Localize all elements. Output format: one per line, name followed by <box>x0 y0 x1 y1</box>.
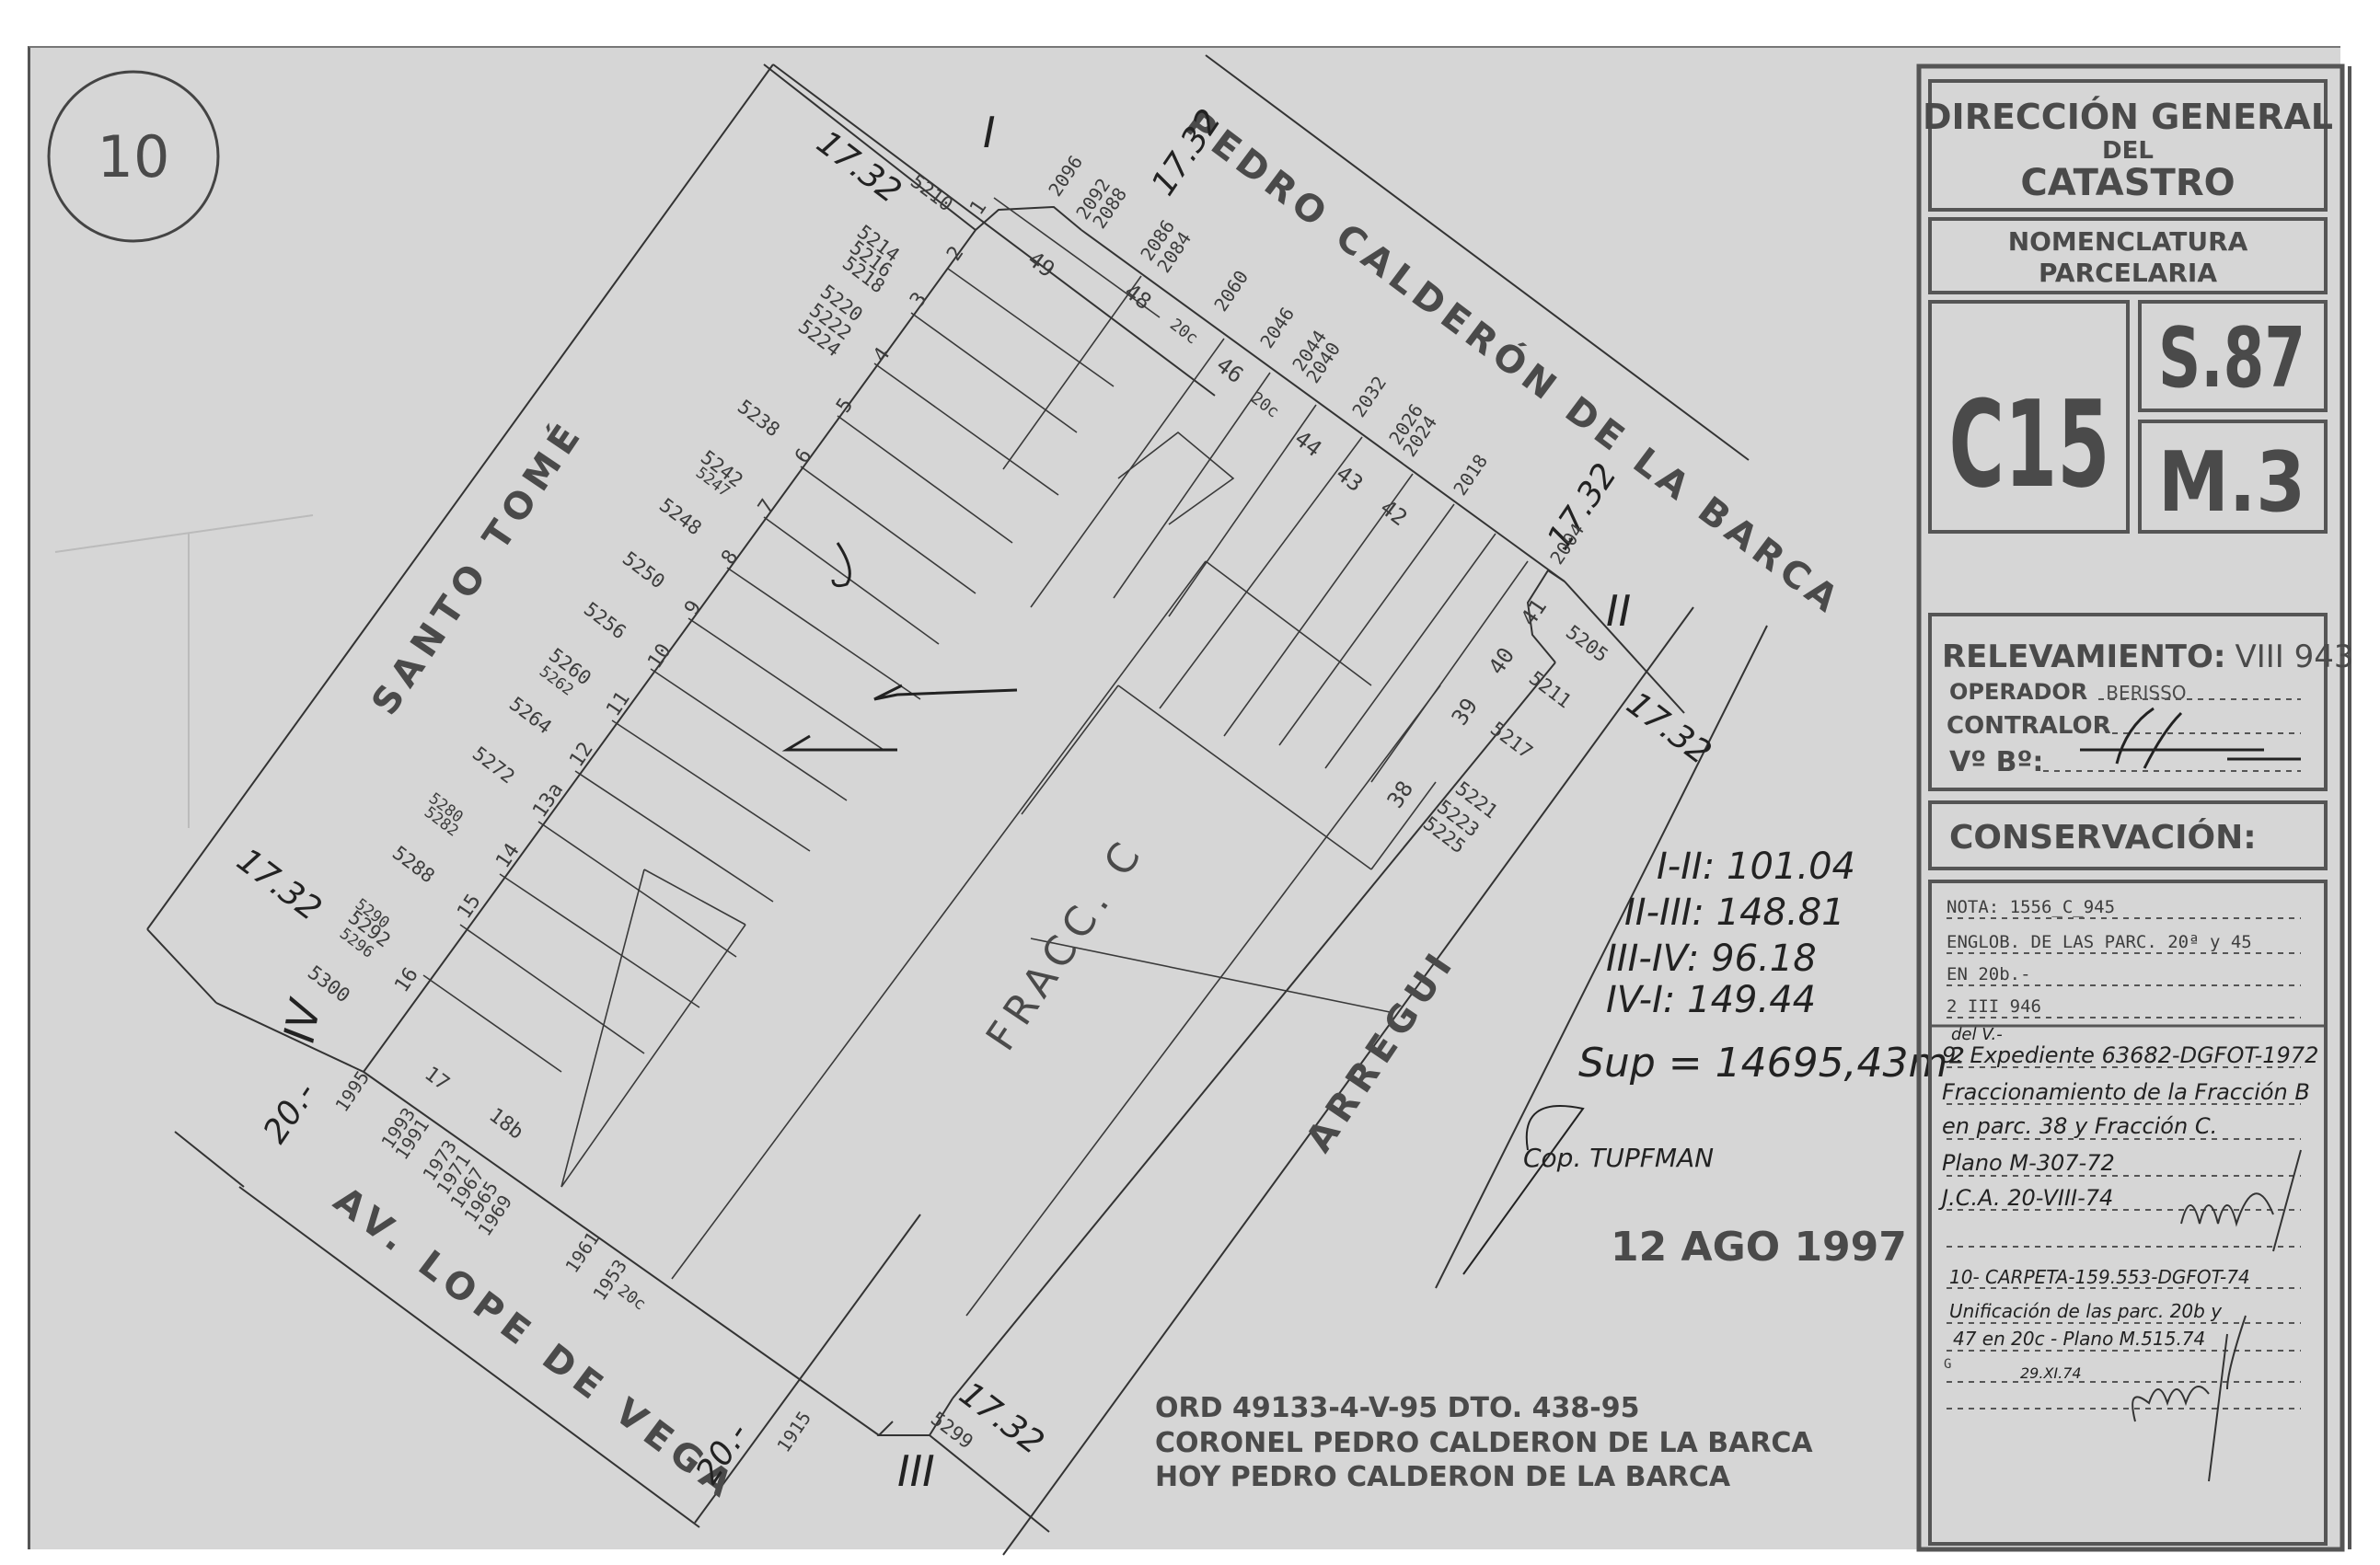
svg-text:5217: 5217 <box>1486 718 1537 764</box>
check-mark-icons <box>787 543 1017 750</box>
svg-text:12: 12 <box>565 738 598 771</box>
fraction-label: FRACC. C <box>977 829 1154 1059</box>
nomenclature-line-2: PARCELARIA <box>2039 258 2217 288</box>
notes-block-2: 9. Expediente 63682-DGFOT-1972 Fracciona… <box>1938 1042 2318 1211</box>
signature-name: Cop. TUPFMAN <box>1523 1143 1714 1173</box>
parcel-numbers-calderon: 49 48 20c 46 20c 44 43 42 41 <box>1022 246 1552 630</box>
notes-block-1: NOTA: 1556_C_945 ENGLOB. DE LAS PARC. 20… <box>1947 897 2252 1017</box>
svg-text:5256: 5256 <box>580 598 630 644</box>
svg-text:2046: 2046 <box>1255 303 1299 351</box>
street-name-lope-de-vega: AV. LOPE DE VEGA <box>326 1179 745 1510</box>
svg-text:15: 15 <box>453 890 486 923</box>
block-outline <box>147 55 1767 1555</box>
svg-text:5264: 5264 <box>505 693 556 739</box>
surface-area: Sup = 14695,43m² <box>1578 1040 1964 1087</box>
svg-text:5238: 5238 <box>734 396 784 442</box>
vb-label: Vº Bº: <box>1949 746 2043 778</box>
agency-line-1: DIRECCIÓN GENERAL <box>1923 97 2333 137</box>
svg-text:RELEVAMIENTO:VIII 943: RELEVAMIENTO:VIII 943 <box>1942 639 2354 675</box>
svg-text:Plano M-307-72: Plano M-307-72 <box>1942 1150 2115 1176</box>
svg-text:20c: 20c <box>1166 315 1202 348</box>
contralor-label: CONTRALOR <box>1947 712 2111 740</box>
svg-text:II-III: 148.81: II-III: 148.81 <box>1624 892 1845 934</box>
svg-text:47 en 20c - Plano M.515.74: 47 en 20c - Plano M.515.74 <box>1953 1328 2205 1350</box>
svg-text:5300: 5300 <box>304 961 354 1007</box>
svg-text:5272: 5272 <box>468 742 519 788</box>
svg-text:40: 40 <box>1484 643 1519 680</box>
fraction-lines <box>561 561 1440 1316</box>
svg-text:6: 6 <box>791 444 816 467</box>
svg-text:13a: 13a <box>528 778 568 822</box>
svg-text:29.XI.74: 29.XI.74 <box>2020 1364 2082 1382</box>
svg-text:16: 16 <box>390 963 423 996</box>
signature-stroke-icon <box>1463 1106 1583 1274</box>
svg-text:41: 41 <box>1516 594 1552 631</box>
agency-line-3: CATASTRO <box>2020 162 2235 204</box>
vertex-i: I <box>983 108 996 157</box>
dimension-nw-top: 17.32 <box>810 123 908 211</box>
signature-jca-icon <box>2181 1150 2301 1251</box>
svg-text:ORD 49133-4-V-95 DTO. 438-95: ORD 49133-4-V-95 DTO. 438-95 <box>1155 1392 1639 1424</box>
vertex-iii: III <box>897 1446 935 1496</box>
ordinance-stamp: ORD 49133-4-V-95 DTO. 438-95 CORONEL PED… <box>1155 1392 1813 1493</box>
notes-3-margin: G <box>1944 1357 1951 1372</box>
street-name-arregui: ARREGUI <box>1298 941 1464 1160</box>
svg-text:NOTA: 1556_C_945: NOTA: 1556_C_945 <box>1947 897 2115 917</box>
svg-text:IV-I: 149.44: IV-I: 149.44 <box>1606 979 1816 1021</box>
svg-text:J.C.A. 20-VIII-74: J.C.A. 20-VIII-74 <box>1938 1185 2113 1211</box>
svg-text:9. Expediente 63682-DGFOT-1972: 9. Expediente 63682-DGFOT-1972 <box>1942 1042 2318 1068</box>
svg-text:42: 42 <box>1375 494 1412 531</box>
svg-text:2 III 946: 2 III 946 <box>1947 996 2041 1017</box>
svg-text:2032: 2032 <box>1347 372 1391 420</box>
svg-text:Fraccionamiento de la Fracción: Fraccionamiento de la Fracción B <box>1942 1079 2310 1105</box>
svg-text:ENGLOB. DE LAS PARC. 20ª y 45: ENGLOB. DE LAS PARC. 20ª y 45 <box>1947 932 2252 952</box>
svg-text:2018: 2018 <box>1449 450 1492 499</box>
dimension-se: 17.32 <box>1620 685 1718 772</box>
nomenclature-line-1: NOMENCLATURA <box>2008 226 2248 257</box>
svg-text:1: 1 <box>965 196 991 219</box>
cadastral-map: 10 <box>0 0 2380 1565</box>
parcel-number-20c-lope: 20c <box>614 1281 650 1314</box>
conservacion-label: CONSERVACIÓN: <box>1949 818 2257 857</box>
manzana-code: M.3 <box>2158 434 2305 531</box>
svg-text:I-II: 101.04: I-II: 101.04 <box>1657 846 1855 888</box>
vertex-ii: II <box>1606 586 1631 636</box>
svg-text:5288: 5288 <box>388 842 439 888</box>
svg-text:10: 10 <box>643 639 676 673</box>
svg-text:46: 46 <box>1211 351 1248 388</box>
svg-text:3: 3 <box>906 288 931 311</box>
svg-text:43: 43 <box>1331 460 1368 497</box>
svg-text:14: 14 <box>491 839 525 872</box>
sheet-number-badge: 10 <box>49 72 218 241</box>
svg-text:5250: 5250 <box>618 547 669 593</box>
svg-text:11: 11 <box>602 687 635 720</box>
svg-text:39: 39 <box>1447 694 1483 731</box>
svg-text:en parc. 38 y Fracción C.: en parc. 38 y Fracción C. <box>1942 1113 2217 1139</box>
date-stamp: 12 AGO 1997 <box>1611 1224 1907 1271</box>
svg-text:1961: 1961 <box>560 1227 604 1276</box>
dimension-sw: 17.32 <box>230 841 329 928</box>
dimension-ne-bottom: 17.32 <box>1540 457 1624 557</box>
svg-text:18b: 18b <box>484 1104 527 1145</box>
svg-text:1915: 1915 <box>772 1407 815 1456</box>
signature-vb-icon <box>2080 708 2301 768</box>
door-numbers-santo-tome: 5210 5214 5216 5218 5220 5222 5224 5238 … <box>304 170 957 1007</box>
svg-text:2096: 2096 <box>1044 151 1087 200</box>
svg-text:Unificación de las parc. 20b y: Unificación de las parc. 20b y <box>1949 1300 2223 1322</box>
svg-text:5248: 5248 <box>655 494 706 540</box>
svg-text:EN 20b.-: EN 20b.- <box>1947 964 2031 984</box>
svg-text:OPERADORBERISSO: OPERADORBERISSO <box>1949 679 2187 705</box>
svg-text:44: 44 <box>1289 425 1326 462</box>
svg-text:17: 17 <box>420 1063 453 1096</box>
svg-text:49: 49 <box>1022 246 1059 282</box>
street-width-lope: 20.- <box>256 1076 323 1150</box>
svg-text:9: 9 <box>680 596 706 619</box>
vertex-iv: IV <box>274 994 331 1046</box>
parcel-lines-calderon <box>1003 276 1528 782</box>
notes-margin: del V.- <box>1951 1025 2003 1044</box>
title-block: DIRECCIÓN GENERAL DEL CATASTRO NOMENCLAT… <box>1919 66 2354 1549</box>
agency-line-2: DEL <box>2102 137 2154 165</box>
svg-text:7: 7 <box>754 495 780 518</box>
sheet-number: 10 <box>98 123 170 190</box>
svg-text:8: 8 <box>717 546 743 569</box>
svg-text:III-IV: 96.18: III-IV: 96.18 <box>1606 938 1817 980</box>
svg-text:48: 48 <box>1119 278 1156 315</box>
svg-text:HOY PEDRO CALDERON DE LA BARCA: HOY PEDRO CALDERON DE LA BARCA <box>1155 1461 1731 1493</box>
circunscripcion-code: C15 <box>1949 374 2110 514</box>
svg-text:CORONEL PEDRO CALDERON DE LA B: CORONEL PEDRO CALDERON DE LA BARCA <box>1155 1427 1813 1459</box>
registration-cross-icon <box>55 515 313 828</box>
svg-text:2060: 2060 <box>1209 266 1253 315</box>
svg-text:38: 38 <box>1382 777 1418 813</box>
seccion-code: S.87 <box>2158 310 2305 407</box>
svg-text:5211: 5211 <box>1525 667 1576 713</box>
svg-text:5205: 5205 <box>1562 621 1612 667</box>
svg-text:20c: 20c <box>1247 388 1283 421</box>
svg-text:10- CARPETA-159.553-DGFOT-74: 10- CARPETA-159.553-DGFOT-74 <box>1949 1266 2250 1288</box>
